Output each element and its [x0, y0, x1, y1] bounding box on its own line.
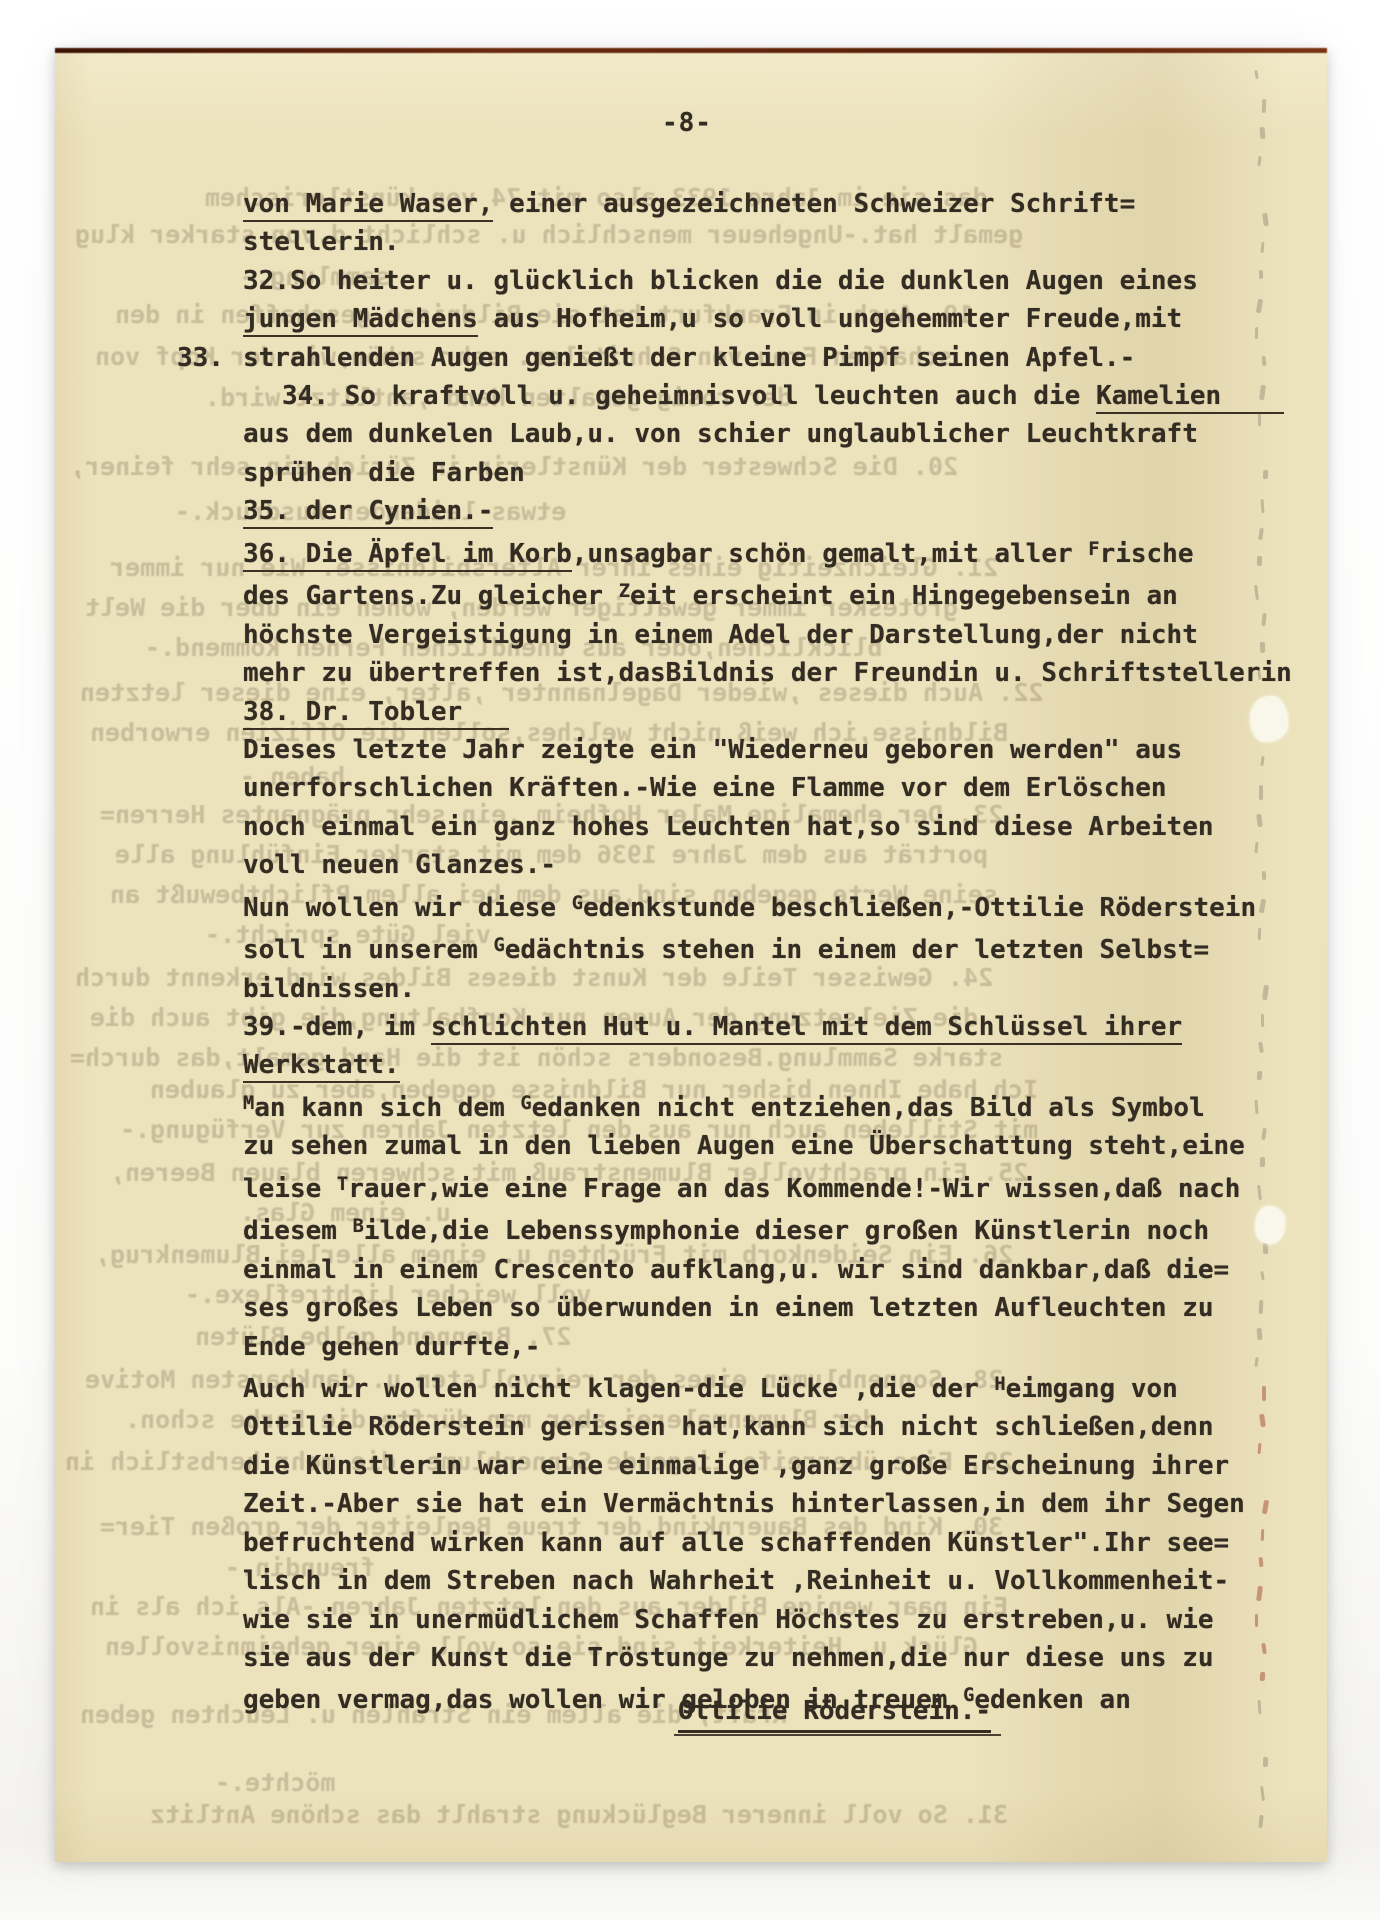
- underlined-segment: 35. der Cynien.-: [243, 496, 493, 529]
- text-segment: sie aus der Kunst die Tröstunge zu nehme…: [243, 1643, 1214, 1673]
- stitch-mark: [1263, 1243, 1268, 1254]
- typescript-line: Auch wir wollen nicht klagen-die Lücke ,…: [243, 1366, 1292, 1409]
- text-segment: wie sie in unermüdlichem Schaffen Höchst…: [243, 1605, 1214, 1635]
- typescript-line: mehr zu übertreffen ist,dasBildnis der F…: [243, 654, 1292, 692]
- stitch-mark: [1260, 1786, 1265, 1801]
- stitch-mark: [1257, 1071, 1263, 1080]
- text-segment: B: [353, 1216, 364, 1237]
- page-number: -8-: [662, 108, 712, 138]
- typescript-line: höchste Vergeistigung in einem Adel der …: [243, 616, 1292, 654]
- text-segment: zu sehen zumal in den lieben Augen eine …: [243, 1131, 1245, 1161]
- text-segment: edenkstunde beschließen,-Ottilie Röderst…: [583, 893, 1256, 923]
- typescript-line: voll neuen Glanzes.-: [243, 846, 1292, 884]
- text-segment: einmal in einem Crescento aufklang,u. wi…: [243, 1255, 1229, 1285]
- typescript-line: lisch in dem Streben nach Wahrheit ,Rein…: [243, 1562, 1292, 1600]
- stitch-mark: [1257, 156, 1261, 166]
- text-segment: Nun wollen wir diese: [243, 893, 572, 923]
- stitch-mark: [1263, 470, 1269, 479]
- text-segment: voll neuen Glanzes.-: [243, 850, 556, 880]
- text-segment: des Gartens.Zu gleicher: [243, 581, 619, 611]
- text-segment: Ottilie Röderstein gerissen hat,kann sic…: [243, 1412, 1214, 1442]
- stitch-mark: [1258, 413, 1261, 426]
- text-segment: einer ausgezeichneten Schweizer Schrift=: [493, 189, 1135, 219]
- typescript-line: Werkstatt.: [243, 1046, 1292, 1084]
- stitch-mark: [1255, 1614, 1258, 1627]
- text-segment: Auch wir wollen nicht klagen-die Lücke ,…: [243, 1374, 994, 1404]
- typescript-line: soll in unserem Gedächtnis stehen in ein…: [243, 927, 1292, 970]
- typescript-block: von Marie Waser, einer ausgezeichneten S…: [243, 185, 1292, 1720]
- typescript-line: 39.-dem, im schlichten Hut u. Mantel mit…: [243, 1008, 1292, 1046]
- typescript-line: 35. der Cynien.-: [243, 492, 1292, 530]
- typescript-line: sprühen die Farben: [243, 454, 1292, 492]
- typescript-line: sie aus der Kunst die Tröstunge zu nehme…: [243, 1639, 1292, 1677]
- text-segment: edenken an: [974, 1685, 1131, 1715]
- text-segment: aus Hofheim,u so voll ungehemmter Freude…: [478, 304, 1182, 334]
- typescript-line: bildnissen.: [243, 970, 1292, 1008]
- text-segment: M: [243, 1093, 254, 1114]
- text-segment: soll in unserem: [243, 935, 493, 965]
- stitch-mark: [1260, 642, 1265, 653]
- typescript-line: noch einmal ein ganz hohes Leuchten hat,…: [243, 808, 1292, 846]
- typescript-line: wie sie in unermüdlichem Schaffen Höchst…: [243, 1601, 1292, 1639]
- underlined-segment: jungen Mädchens: [243, 304, 478, 337]
- stitch-mark: [1259, 270, 1263, 279]
- typescript-line: diesem Bilde,die Lebenssymphonie dieser …: [243, 1208, 1292, 1251]
- text-segment: eimgang von: [1006, 1374, 1178, 1404]
- typescript-line: Ottilie Röderstein gerissen hat,kann sic…: [243, 1408, 1292, 1446]
- text-segment: G: [520, 1093, 531, 1114]
- text-segment: rauer,wie eine Frage an das Kommende!-Wi…: [348, 1174, 1240, 1204]
- text-segment: ses großes Leben so überwunden in einem …: [243, 1293, 1214, 1323]
- typescript-line: jungen Mädchens aus Hofheim,u so voll un…: [243, 300, 1292, 338]
- typescript-line: 36. Die Äpfel im Korb,unsagbar schön gem…: [243, 531, 1292, 574]
- text-segment: 32.So heiter u. glücklich blicken die di…: [243, 266, 1198, 296]
- text-segment: 39.-dem, im: [243, 1012, 431, 1042]
- text-segment: G: [493, 935, 504, 956]
- underlined-segment: [1221, 381, 1284, 414]
- underlined-segment: Kamelien: [1096, 381, 1221, 414]
- text-segment: stellerin.: [243, 227, 400, 257]
- text-segment: edächtnis stehen in einem der letzten Se…: [505, 935, 1209, 965]
- text-segment: Zeit.-Aber sie hat ein Vermächtnis hinte…: [243, 1489, 1245, 1519]
- stitch-mark: [1259, 785, 1263, 800]
- typescript-line: 34. So kraftvoll u. geheimnisvoll leucht…: [243, 377, 1292, 415]
- stitch-mark: [1258, 1557, 1263, 1567]
- typescript-line: aus dem dunkelen Laub,u. von schier ungl…: [243, 415, 1292, 453]
- typescript-line: Man kann sich dem Gedanken nicht entzieh…: [243, 1085, 1292, 1128]
- typescript-line: Dieses letzte Jahr zeigte ein "Wiederneu…: [243, 731, 1292, 769]
- stitch-mark: [1262, 871, 1266, 880]
- typescript-line: des Gartens.Zu gleicher Zeit erscheint e…: [243, 573, 1292, 616]
- stitch-mark: [1254, 70, 1259, 79]
- stitch-mark: [1258, 928, 1261, 940]
- stitch-mark: [1262, 1386, 1266, 1401]
- text-segment: T: [337, 1174, 348, 1195]
- text-segment: eit erscheint ein Hingegebensein an: [630, 581, 1178, 611]
- paper-hole: [1250, 696, 1288, 742]
- text-segment: H: [994, 1374, 1005, 1395]
- stitch-mark: [1259, 1300, 1264, 1314]
- text-segment: leise: [243, 1174, 337, 1204]
- typescript-line: einmal in einem Crescento aufklang,u. wi…: [243, 1251, 1292, 1289]
- text-segment: höchste Vergeistigung in einem Adel der …: [243, 620, 1198, 650]
- text-segment: noch einmal ein ganz hohes Leuchten hat,…: [243, 812, 1214, 842]
- text-segment: lisch in dem Streben nach Wahrheit ,Rein…: [243, 1566, 1229, 1596]
- stitch-mark: [1262, 98, 1267, 112]
- underlined-segment: [462, 697, 509, 730]
- stitch-mark: [1263, 1757, 1268, 1767]
- text-segment: befruchtend wirken kann auf alle schaffe…: [243, 1528, 1229, 1558]
- bleedthrough-line: 31. So voll innerer Beglückung strahlt d…: [150, 1800, 1008, 1829]
- text-segment: diesem: [243, 1216, 353, 1246]
- text-segment: Dieses letzte Jahr zeigte ein "Wiederneu…: [243, 735, 1182, 765]
- stitch-mark: [1260, 1671, 1266, 1680]
- text-segment: Z: [619, 581, 630, 602]
- text-segment: mehr zu übertreffen ist,dasBildnis der F…: [243, 658, 1292, 688]
- text-segment: strahlenden Augen genießt der kleine Pim…: [243, 343, 1135, 373]
- text-segment: Ende gehen durfte,-: [243, 1332, 540, 1362]
- stitch-mark: [1257, 556, 1262, 566]
- text-segment: G: [572, 893, 583, 914]
- text-segment: unerforschlichen Kräften.-Wie eine Flamm…: [243, 773, 1167, 803]
- stitch-mark: [1261, 1014, 1264, 1027]
- text-segment: edanken nicht entziehen,das Bild als Sym…: [532, 1093, 1205, 1123]
- margin-number: 33.: [177, 339, 224, 377]
- closing-signature-line: Ottilie Röderstein.-: [678, 1696, 991, 1733]
- stitch-mark: [1258, 1814, 1263, 1827]
- stitch-mark: [1261, 1529, 1264, 1541]
- underlined-segment: von Marie Waser,: [243, 189, 493, 222]
- typescript-line: ses großes Leben so überwunden in einem …: [243, 1289, 1292, 1327]
- text-segment: sprühen die Farben: [243, 458, 525, 488]
- stitch-mark: [1255, 327, 1258, 339]
- stitch-mark: [1256, 1328, 1262, 1340]
- text-segment: F: [1088, 539, 1099, 560]
- text-segment: 34. So kraftvoll u. geheimnisvoll leucht…: [282, 381, 1096, 411]
- paper-hole: [1255, 1206, 1285, 1244]
- typescript-line: Zeit.-Aber sie hat ein Vermächtnis hinte…: [243, 1485, 1292, 1523]
- underlined-segment: Werkstatt.: [243, 1050, 400, 1083]
- stitch-mark: [1260, 1157, 1265, 1167]
- typescript-line: 38. Dr. Tobler: [243, 693, 1292, 731]
- bleedthrough-line: möchte.-: [215, 1768, 335, 1797]
- page-top-edge-line: [55, 48, 1327, 53]
- typescript-line: die Künstlerin war eine einmalige ,ganz …: [243, 1447, 1292, 1485]
- closing-signature-text: Ottilie Röderstein.-: [678, 1696, 991, 1733]
- underlined-segment: 38. Dr. Tobler: [243, 697, 462, 730]
- underlined-segment: 36. Die Äpfel im Korb: [243, 539, 572, 572]
- document-page: das sie im Jahre 1933,also mit 74 von kü…: [55, 48, 1327, 1862]
- text-segment: bildnissen.: [243, 974, 415, 1004]
- underlined-segment: schlichten Hut u. Mantel mit dem Schlüss…: [431, 1012, 1182, 1045]
- text-segment: die Künstlerin war eine einmalige ,ganz …: [243, 1451, 1229, 1481]
- typescript-line: leise Trauer,wie eine Frage an das Komme…: [243, 1166, 1292, 1209]
- typescript-line: befruchtend wirken kann auf alle schaffe…: [243, 1524, 1292, 1562]
- typescript-line: zu sehen zumal in den lieben Augen eine …: [243, 1127, 1292, 1165]
- typescript-line: stellerin.: [243, 223, 1292, 261]
- text-segment: ilde,die Lebenssymphonie dieser großen K…: [364, 1216, 1209, 1246]
- typescript-line: unerforschlichen Kräften.-Wie eine Flamm…: [243, 769, 1292, 807]
- typescript-line: Ende gehen durfte,-: [243, 1328, 1292, 1366]
- text-segment: rische: [1100, 539, 1194, 569]
- text-segment: ,unsagbar schön gemalt,mit aller: [572, 539, 1089, 569]
- typescript-line: 32.So heiter u. glücklich blicken die di…: [243, 262, 1292, 300]
- typescript-line: Nun wollen wir diese Gedenkstunde beschl…: [243, 885, 1292, 928]
- typescript-line: von Marie Waser, einer ausgezeichneten S…: [243, 185, 1292, 223]
- typescript-line: 33.strahlenden Augen genießt der kleine …: [243, 339, 1292, 377]
- text-segment: aus dem dunkelen Laub,u. von schier ungl…: [243, 419, 1198, 449]
- text-segment: an kann sich dem: [254, 1093, 520, 1123]
- stitch-mark: [1259, 127, 1265, 139]
